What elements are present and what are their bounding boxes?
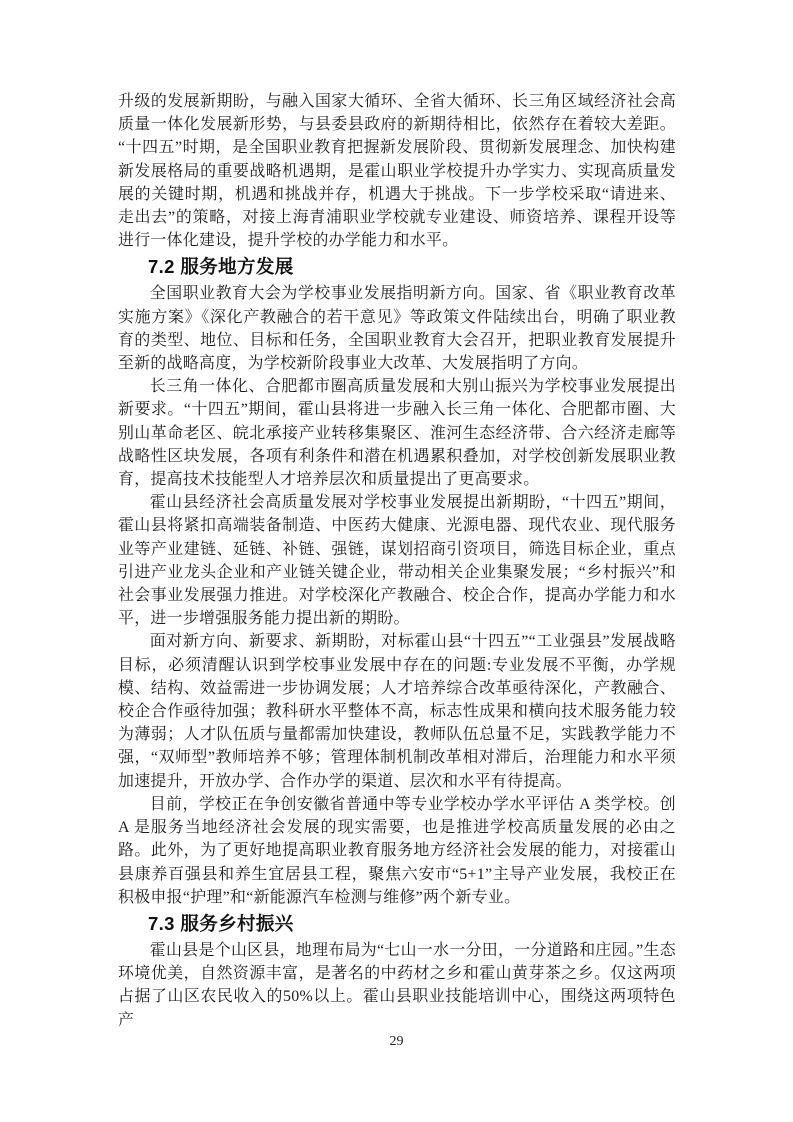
page-number: 29 [390,1034,404,1049]
body-paragraph-continued: 升级的发展新期盼，与融入国家大循环、全省大循环、长三角区域经济社会高质量一体化发… [118,90,676,252]
page-footer: 29 [0,1032,793,1050]
section-heading-7-2: 7.2 服务地方发展 [118,255,676,279]
body-paragraph: 全国职业教育大会为学校事业发展指明新方向。国家、省《职业教育改革实施方案》《深化… [118,282,676,375]
body-paragraph: 长三角一体化、合肥都市圈高质量发展和大别山振兴为学校事业发展提出新要求。“十四五… [118,375,676,491]
body-paragraph: 面对新方向、新要求、新期盼，对标霍山县“十四五”“工业强县”发展战略目标，必须清… [118,630,676,792]
document-content: 升级的发展新期盼，与融入国家大循环、全省大循环、长三角区域经济社会高质量一体化发… [118,90,676,1032]
body-paragraph: 目前，学校正在争创安徽省普通中等专业学校办学水平评估 A 类学校。创 A 是服务… [118,793,676,909]
body-paragraph: 霍山县经济社会高质量发展对学校事业发展提出新期盼，“十四五”期间，霍山县将紧扣高… [118,491,676,630]
document-page: 升级的发展新期盼，与融入国家大循环、全省大循环、长三角区域经济社会高质量一体化发… [0,0,793,1122]
section-heading-7-3: 7.3 服务乡村振兴 [118,912,676,936]
body-paragraph: 霍山县是个山区县，地理布局为“七山一水一分田，一分道路和庄园。”生态环境优美，自… [118,939,676,1032]
